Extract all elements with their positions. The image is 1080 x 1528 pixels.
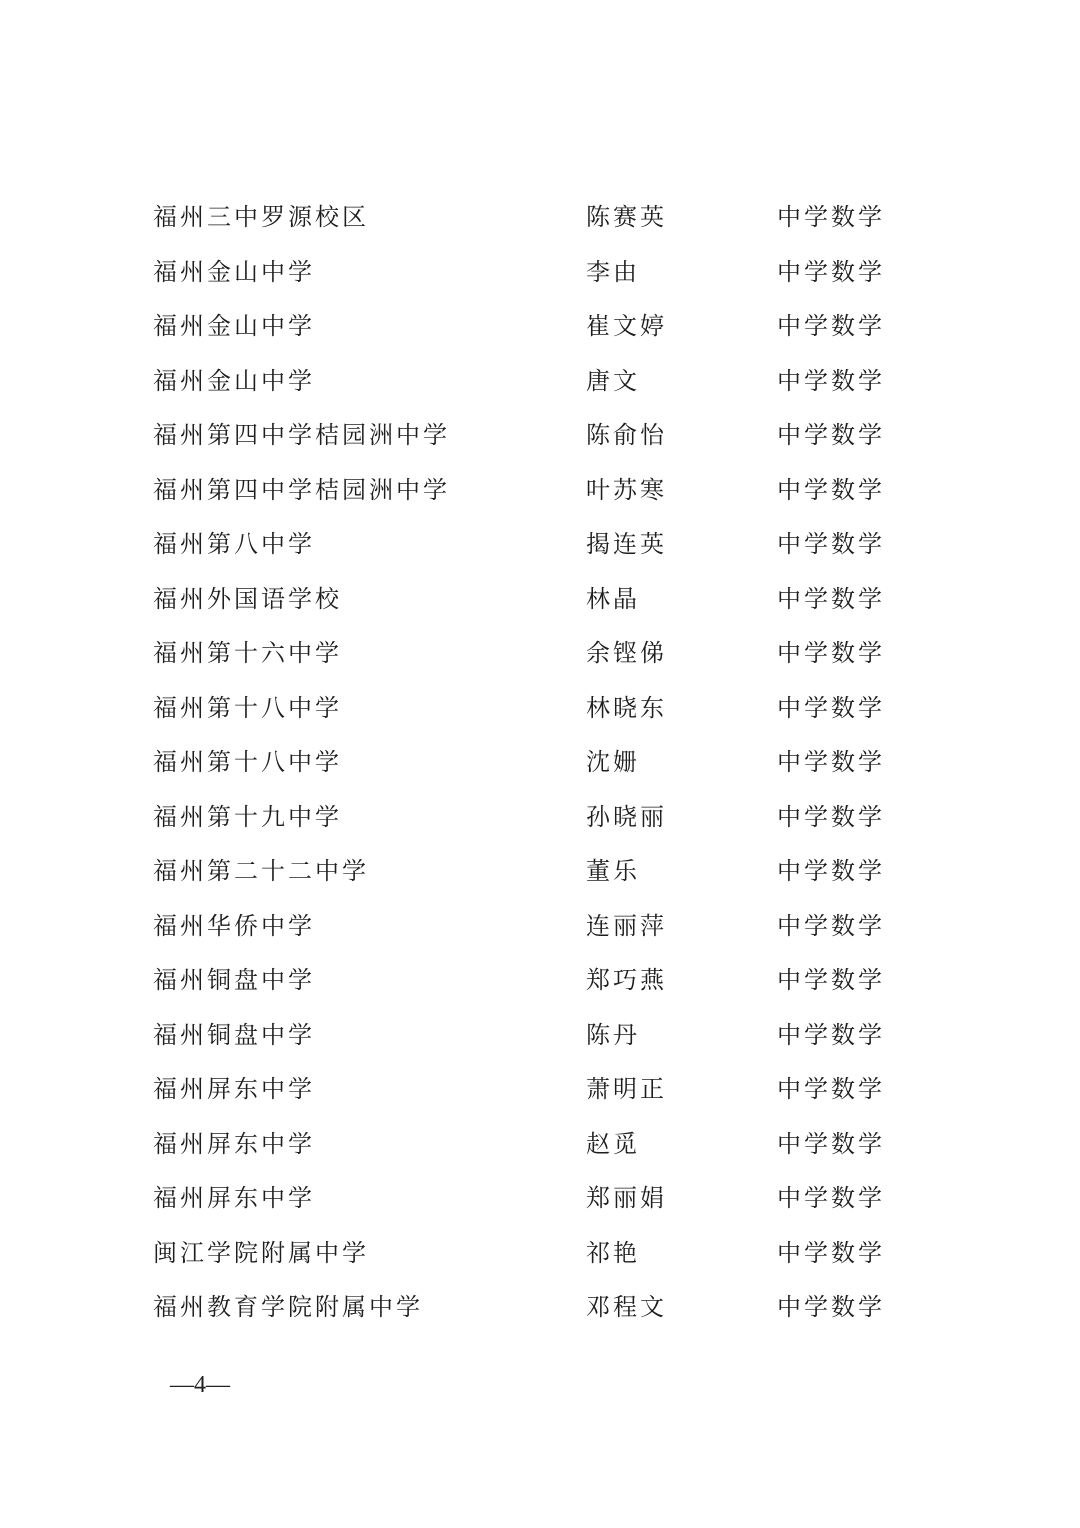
school-name: 福州第十八中学 xyxy=(153,735,342,790)
subject-label: 中学数学 xyxy=(777,517,885,572)
subject-label: 中学数学 xyxy=(777,626,885,681)
teacher-name: 连丽萍 xyxy=(586,899,667,954)
roster-row: 福州第四中学桔园洲中学叶苏寒中学数学 xyxy=(153,463,913,518)
roster-row: 福州第十八中学沈姗中学数学 xyxy=(153,735,913,790)
school-name: 福州华侨中学 xyxy=(153,899,315,954)
teacher-name: 董乐 xyxy=(586,844,640,899)
subject-label: 中学数学 xyxy=(777,899,885,954)
school-name: 福州铜盘中学 xyxy=(153,953,315,1008)
school-name: 福州屏东中学 xyxy=(153,1117,315,1172)
teacher-name: 林晓东 xyxy=(586,681,667,736)
page-number: —4— xyxy=(170,1372,230,1399)
teacher-name: 余铿俤 xyxy=(586,626,667,681)
school-name: 福州金山中学 xyxy=(153,245,315,300)
subject-label: 中学数学 xyxy=(777,463,885,518)
roster-row: 福州金山中学崔文婷中学数学 xyxy=(153,299,913,354)
teacher-name: 崔文婷 xyxy=(586,299,667,354)
subject-label: 中学数学 xyxy=(777,572,885,627)
roster-row: 福州屏东中学赵觅中学数学 xyxy=(153,1117,913,1172)
teacher-name: 邓程文 xyxy=(586,1280,667,1335)
roster-row: 福州金山中学唐文中学数学 xyxy=(153,354,913,409)
school-name: 福州金山中学 xyxy=(153,354,315,409)
teacher-name: 揭连英 xyxy=(586,517,667,572)
roster-row: 福州第十八中学林晓东中学数学 xyxy=(153,681,913,736)
teacher-name: 陈丹 xyxy=(586,1008,640,1063)
roster-row: 福州金山中学李由中学数学 xyxy=(153,245,913,300)
teacher-name: 唐文 xyxy=(586,354,640,409)
school-name: 福州第四中学桔园洲中学 xyxy=(153,408,450,463)
school-name: 福州第四中学桔园洲中学 xyxy=(153,463,450,518)
subject-label: 中学数学 xyxy=(777,1226,885,1281)
teacher-name: 萧明正 xyxy=(586,1062,667,1117)
roster-row: 福州第四中学桔园洲中学陈俞怡中学数学 xyxy=(153,408,913,463)
subject-label: 中学数学 xyxy=(777,354,885,409)
roster-row: 福州第十六中学余铿俤中学数学 xyxy=(153,626,913,681)
teacher-name: 祁艳 xyxy=(586,1226,640,1281)
roster-row: 福州铜盘中学陈丹中学数学 xyxy=(153,1008,913,1063)
roster-row: 福州外国语学校林晶中学数学 xyxy=(153,572,913,627)
school-name: 福州铜盘中学 xyxy=(153,1008,315,1063)
document-page: 福州三中罗源校区陈赛英中学数学福州金山中学李由中学数学福州金山中学崔文婷中学数学… xyxy=(0,0,1080,1528)
subject-label: 中学数学 xyxy=(777,1008,885,1063)
roster-row: 福州三中罗源校区陈赛英中学数学 xyxy=(153,190,913,245)
teacher-name: 陈赛英 xyxy=(586,190,667,245)
teacher-name: 赵觅 xyxy=(586,1117,640,1172)
school-name: 福州第八中学 xyxy=(153,517,315,572)
school-name: 福州第十八中学 xyxy=(153,681,342,736)
roster-row: 福州铜盘中学郑巧燕中学数学 xyxy=(153,953,913,1008)
subject-label: 中学数学 xyxy=(777,299,885,354)
subject-label: 中学数学 xyxy=(777,408,885,463)
subject-label: 中学数学 xyxy=(777,1280,885,1335)
school-name: 福州屏东中学 xyxy=(153,1171,315,1226)
school-name: 福州屏东中学 xyxy=(153,1062,315,1117)
roster-row: 福州第八中学揭连英中学数学 xyxy=(153,517,913,572)
school-name: 福州第十六中学 xyxy=(153,626,342,681)
school-name: 福州教育学院附属中学 xyxy=(153,1280,423,1335)
roster-row: 福州华侨中学连丽萍中学数学 xyxy=(153,899,913,954)
roster-row: 福州第十九中学孙晓丽中学数学 xyxy=(153,790,913,845)
teacher-name: 李由 xyxy=(586,245,640,300)
subject-label: 中学数学 xyxy=(777,190,885,245)
subject-label: 中学数学 xyxy=(777,1117,885,1172)
teacher-name: 孙晓丽 xyxy=(586,790,667,845)
subject-label: 中学数学 xyxy=(777,844,885,899)
teacher-name: 林晶 xyxy=(586,572,640,627)
subject-label: 中学数学 xyxy=(777,790,885,845)
teacher-name: 陈俞怡 xyxy=(586,408,667,463)
roster-row: 福州屏东中学郑丽娟中学数学 xyxy=(153,1171,913,1226)
roster-row: 福州屏东中学萧明正中学数学 xyxy=(153,1062,913,1117)
subject-label: 中学数学 xyxy=(777,1062,885,1117)
school-name: 闽江学院附属中学 xyxy=(153,1226,369,1281)
teacher-roster-list: 福州三中罗源校区陈赛英中学数学福州金山中学李由中学数学福州金山中学崔文婷中学数学… xyxy=(153,190,913,1335)
subject-label: 中学数学 xyxy=(777,1171,885,1226)
school-name: 福州金山中学 xyxy=(153,299,315,354)
roster-row: 闽江学院附属中学祁艳中学数学 xyxy=(153,1226,913,1281)
teacher-name: 沈姗 xyxy=(586,735,640,790)
school-name: 福州外国语学校 xyxy=(153,572,342,627)
teacher-name: 叶苏寒 xyxy=(586,463,667,518)
teacher-name: 郑丽娟 xyxy=(586,1171,667,1226)
subject-label: 中学数学 xyxy=(777,681,885,736)
subject-label: 中学数学 xyxy=(777,735,885,790)
roster-row: 福州教育学院附属中学邓程文中学数学 xyxy=(153,1280,913,1335)
roster-row: 福州第二十二中学董乐中学数学 xyxy=(153,844,913,899)
school-name: 福州第十九中学 xyxy=(153,790,342,845)
teacher-name: 郑巧燕 xyxy=(586,953,667,1008)
school-name: 福州三中罗源校区 xyxy=(153,190,369,245)
subject-label: 中学数学 xyxy=(777,953,885,1008)
subject-label: 中学数学 xyxy=(777,245,885,300)
school-name: 福州第二十二中学 xyxy=(153,844,369,899)
